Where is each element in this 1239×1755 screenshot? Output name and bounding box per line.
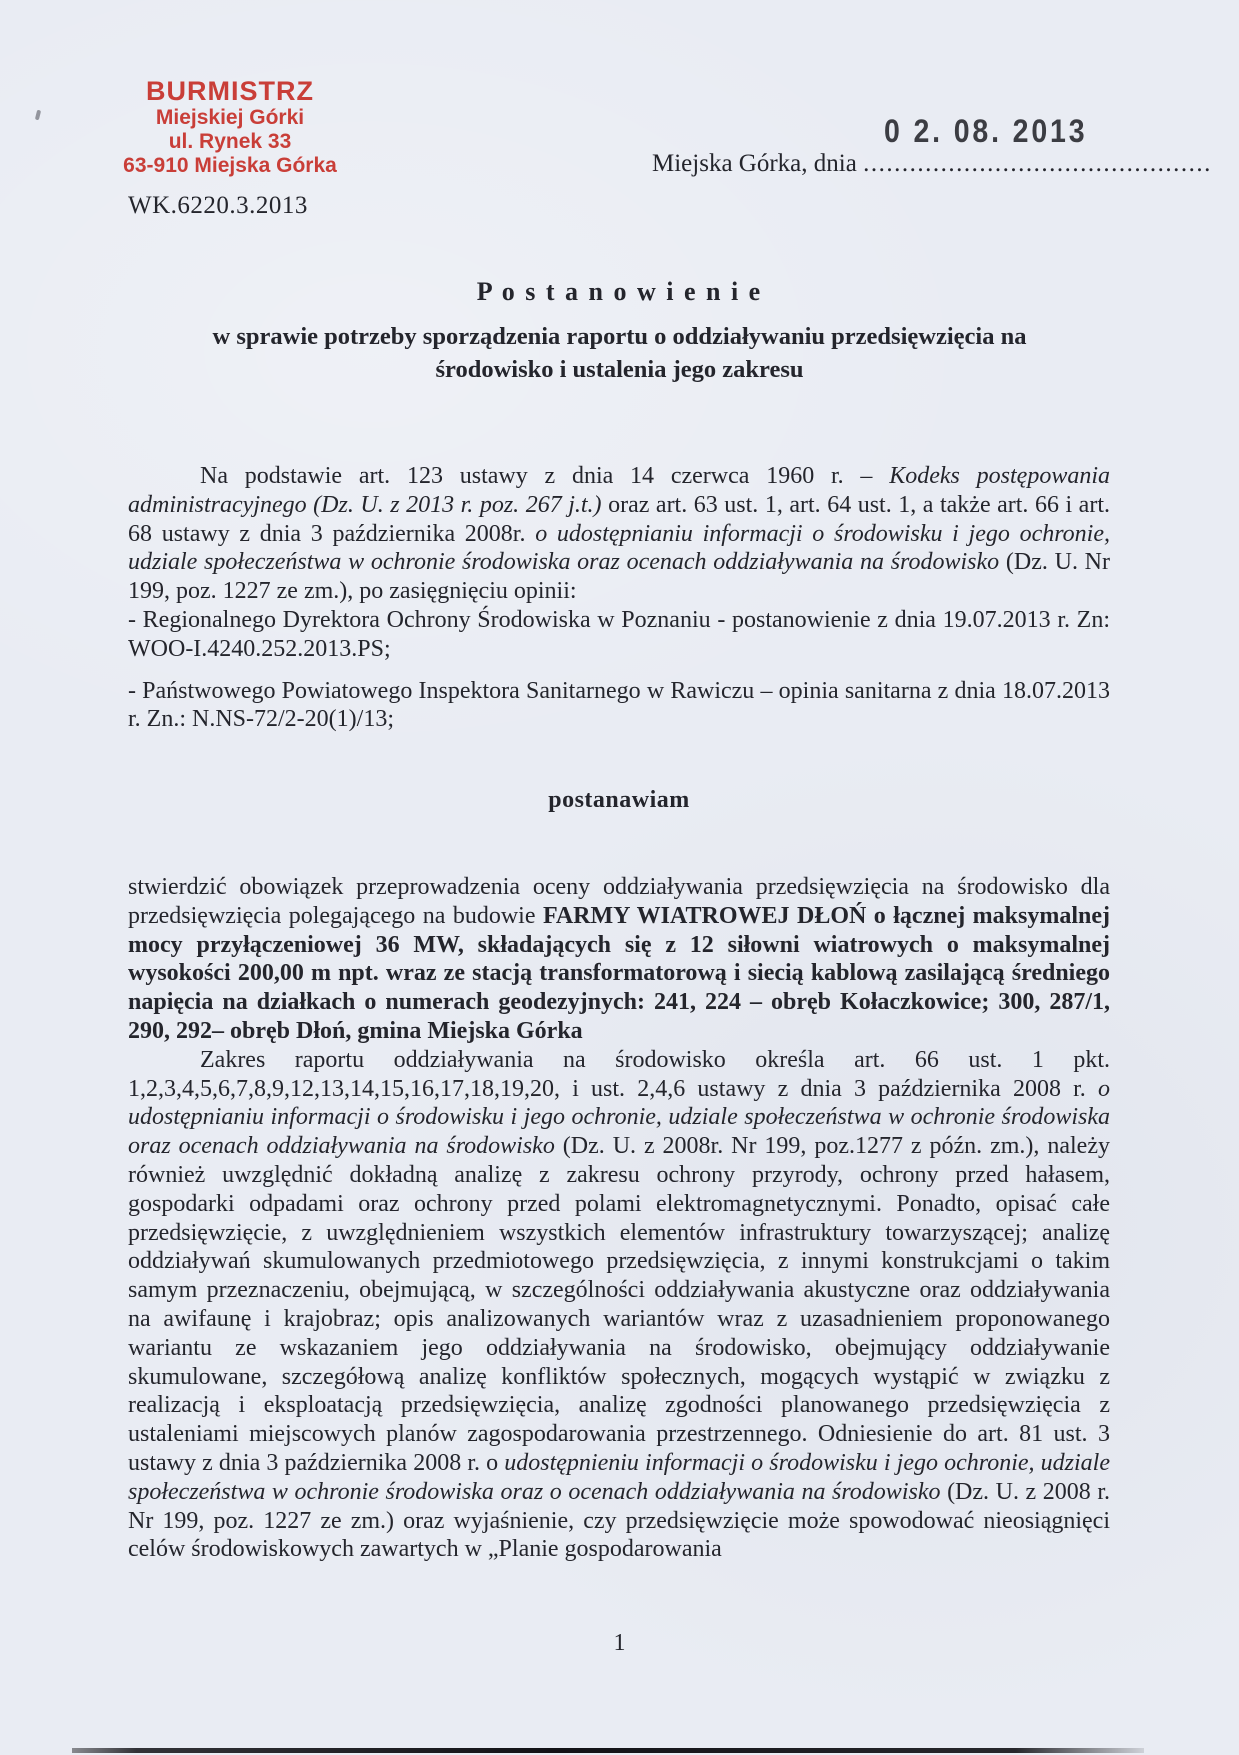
subtitle-line: środowisko i ustalenia jego zakresu (0, 353, 1239, 386)
date-stamp: 0 2. 08. 2013 (884, 114, 1087, 151)
case-number: WK.6220.3.2013 (128, 192, 308, 220)
document-subtitle: w sprawie potrzeby sporządzenia raportu … (0, 320, 1239, 386)
sender-stamp-line: Miejskiej Górki (116, 106, 344, 130)
opinion-item: - Państwowego Powiatowego Inspektora San… (128, 677, 1110, 735)
sender-stamp: BURMISTRZ Miejskiej Górki ul. Rynek 33 6… (116, 76, 344, 178)
scanned-document-page: BURMISTRZ Miejskiej Górki ul. Rynek 33 6… (0, 0, 1239, 1755)
scan-speck (35, 110, 41, 121)
document-body: Na podstawie art. 123 ustawy z dnia 14 c… (128, 462, 1110, 1564)
text-run: Zakres raportu oddziaływania na środowis… (128, 1047, 1110, 1102)
text-run: (Dz. U. z 2008r. Nr 199, poz.1277 z późn… (128, 1133, 1110, 1476)
place-date-label: Miejska Górka, dnia (652, 150, 863, 177)
sender-stamp-line: 63-910 Miejska Górka (116, 154, 344, 178)
sender-stamp-line: ul. Rynek 33 (116, 130, 344, 154)
opinion-item: - Regionalnego Dyrektora Ochrony Środowi… (128, 606, 1110, 664)
decision-paragraph: stwierdzić obowiązek przeprowadzenia oce… (128, 873, 1110, 1046)
subtitle-line: w sprawie potrzeby sporządzenia raportu … (0, 320, 1239, 353)
decision-heading: postanawiam (128, 786, 1110, 815)
sender-stamp-line: BURMISTRZ (116, 76, 344, 106)
legal-basis-paragraph: Na podstawie art. 123 ustawy z dnia 14 c… (128, 462, 1110, 606)
page-number: 1 (0, 1630, 1239, 1657)
document-title: P o s t a n o w i e n i e (0, 277, 1239, 307)
text-run: Na podstawie art. 123 ustawy z dnia 14 c… (200, 463, 889, 489)
scan-edge-artifact (72, 1748, 1144, 1753)
place-date-line: Miejska Górka, dnia ....................… (652, 150, 1212, 178)
date-dotted-line: ........................................… (863, 150, 1212, 177)
scope-paragraph: Zakres raportu oddziaływania na środowis… (128, 1046, 1110, 1564)
